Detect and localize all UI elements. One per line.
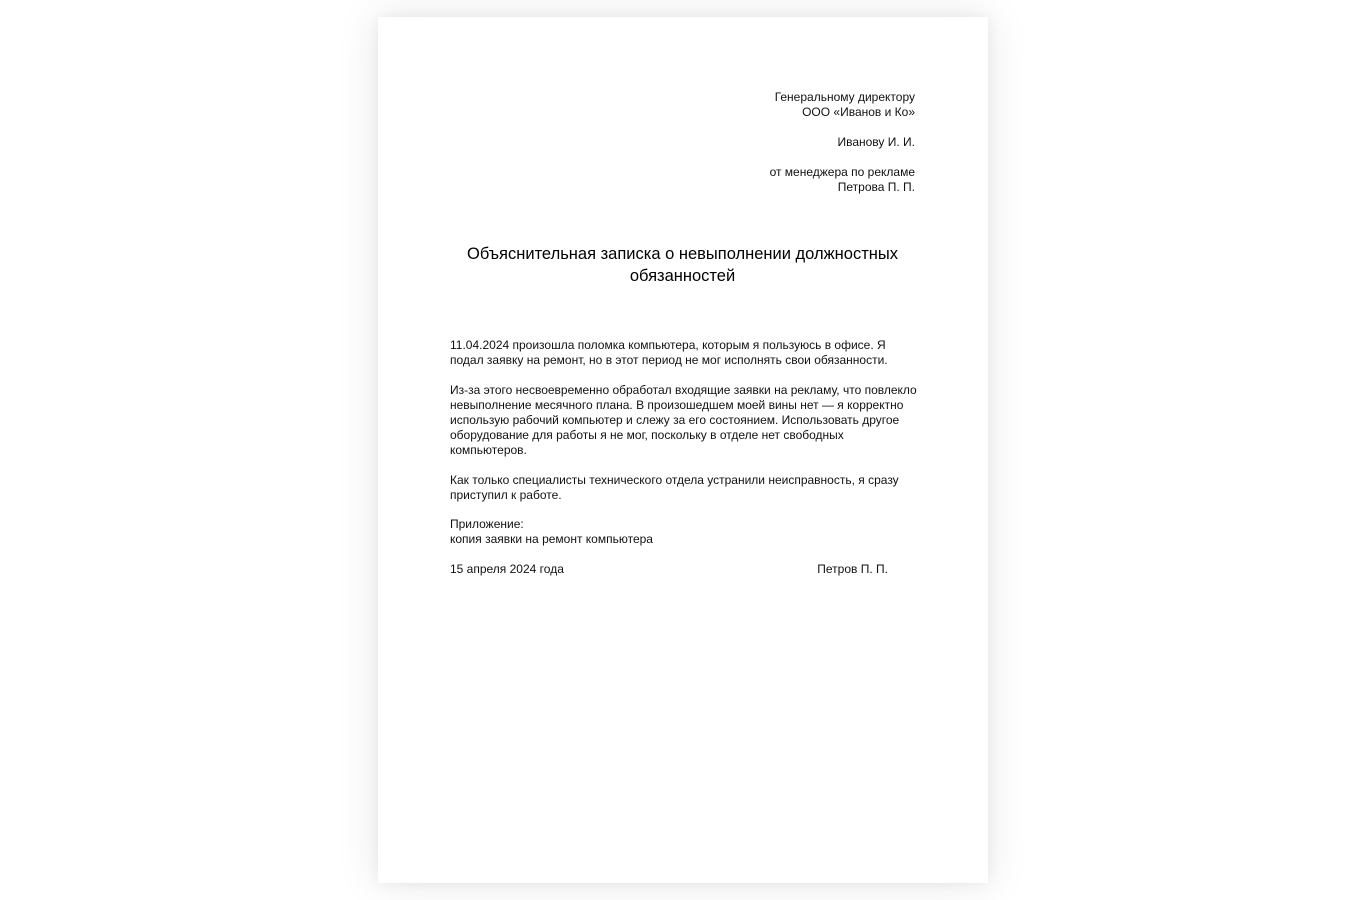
attachment-block: Приложение: копия заявки на ремонт компь… bbox=[450, 517, 653, 547]
document-date: 15 апреля 2024 года bbox=[450, 562, 564, 577]
addressee-block: Генеральному директору ООО «Иванов и Ко»… bbox=[770, 90, 915, 195]
document-body: 11.04.2024 произошла поломка компьютера,… bbox=[450, 338, 920, 518]
document-page: Генеральному директору ООО «Иванов и Ко»… bbox=[378, 17, 988, 883]
attachment-item: копия заявки на ремонт компьютера bbox=[450, 532, 653, 547]
addressee-company: ООО «Иванов и Ко» bbox=[770, 105, 915, 120]
attachment-label: Приложение: bbox=[450, 517, 653, 532]
sender-name: Петрова П. П. bbox=[770, 180, 915, 195]
paragraph: 11.04.2024 произошла поломка компьютера,… bbox=[450, 338, 920, 368]
signature-row: 15 апреля 2024 года Петров П. П. bbox=[450, 562, 888, 577]
addressee-position: Генеральному директору bbox=[770, 90, 915, 105]
document-title: Объяснительная записка о невыполнении до… bbox=[450, 243, 915, 287]
paragraph: Как только специалисты технического отде… bbox=[450, 473, 920, 503]
signature-name: Петров П. П. bbox=[817, 562, 888, 577]
addressee-name: Иванову И. И. bbox=[770, 135, 915, 150]
paragraph: Из-за этого несвоевременно обработал вхо… bbox=[450, 383, 920, 458]
sender-position: от менеджера по рекламе bbox=[770, 165, 915, 180]
